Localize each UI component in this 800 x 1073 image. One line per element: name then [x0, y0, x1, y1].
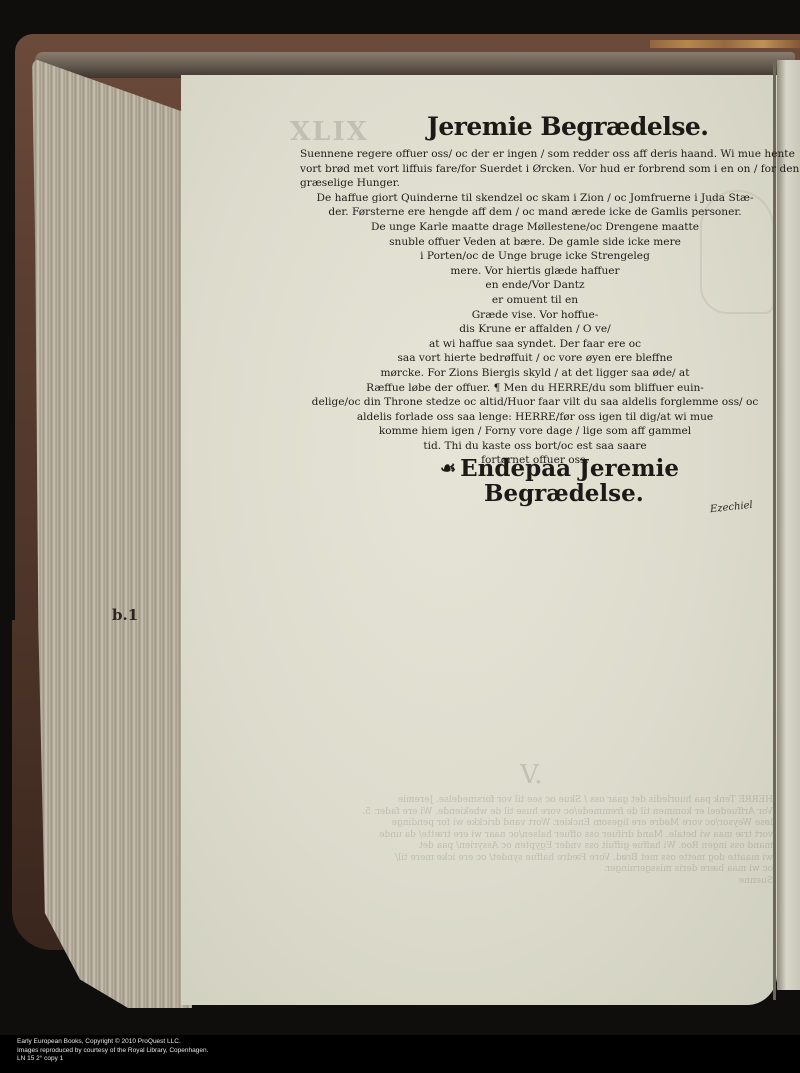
footer-shelfmark: LN 15 2° copy 1	[17, 1055, 800, 1064]
text-line: Ræffue løbe der offuer. ¶ Men du HERRE/d…	[300, 381, 770, 396]
text-line: De haffue giort Quinderne til skendzel o…	[300, 191, 770, 206]
text-line: i Porten/oc de Unge bruge icke Strengele…	[300, 249, 770, 264]
text-line: snuble offuer Veden at bære. De gamle si…	[300, 235, 770, 250]
showthrough-line: løse Weysor/oc vore Mødre ere ligesom En…	[258, 818, 773, 830]
reverse-side-showthrough: HERRE Tenk paa huorledis det gaar oss / …	[258, 795, 773, 887]
showthrough-line: wi maatte dog mette oss met Brød. Vore F…	[258, 853, 773, 865]
book-gutter	[773, 60, 776, 1000]
text-line: De unge Karle maatte drage Møllestene/oc…	[300, 220, 770, 235]
text-line: Græde vise. Vor hoffue-	[300, 308, 770, 323]
text-line: vort brød met vort liffuis fare/for Suer…	[300, 162, 770, 177]
text-line: der. Førsterne ere hengde aff dem / oc m…	[300, 205, 770, 220]
shelfmark-fragment: b.1	[112, 606, 138, 624]
end-colophon: ☙Endepaa Jeremie Begrædelse.	[440, 455, 679, 507]
fleuron-icon: ☙	[440, 458, 456, 479]
text-line: saa vort hierte bedrøffuit / oc vore øye…	[300, 351, 770, 366]
text-line: mørcke. For Zions Biergis skyld / at det…	[300, 366, 770, 381]
page-block-fore-edge	[32, 58, 192, 1008]
folio-number-showthrough: XLIX	[290, 117, 369, 147]
showthrough-line: mand oss ingen Roo. Wi haffue giffuit os…	[258, 841, 773, 853]
scan-background: b.1 XLIX Jeremie Begrædelse. Suennene re…	[0, 0, 800, 1035]
text-line: at wi haffue saa syndet. Der faar ere oc	[300, 337, 770, 352]
end-title-line-2: Begrædelse.	[484, 480, 679, 507]
copyright-footer: Early European Books, Copyright © 2010 P…	[0, 1035, 800, 1073]
text-line: Suennene regere offuer oss/ oc der er in…	[300, 147, 770, 162]
gilt-edge-decoration	[650, 40, 800, 48]
text-line: mere. Vor hiertis glæde haffuer	[300, 264, 770, 279]
text-line: er omuent til en	[300, 293, 770, 308]
showthrough-line: HERRE Tenk paa huorledis det gaar oss / …	[258, 795, 773, 807]
facing-page-edge	[777, 60, 800, 990]
showthrough-chapter-number: V.	[520, 760, 543, 790]
body-text: Suennene regere offuer oss/ oc der er in…	[300, 147, 770, 468]
text-line: græselige Hunger.	[300, 176, 770, 191]
text-line: delige/oc din Throne stedze oc altid/Huo…	[300, 395, 770, 410]
showthrough-line: oc wi maa bære deris missgerninger.	[258, 864, 773, 876]
footer-courtesy: Images reproduced by courtesy of the Roy…	[17, 1047, 800, 1056]
text-line: dis Krune er affalden / O ve/	[300, 322, 770, 337]
text-line: aldelis forlade oss saa lenge: HERRE/før…	[300, 410, 770, 425]
showthrough-line: Vor Arffuedeel er kommen til de fremmede…	[258, 807, 773, 819]
end-title-line-1: ☙Endepaa Jeremie	[440, 455, 679, 482]
text-line: tid. Thi du kaste oss bort/oc est saa sa…	[300, 439, 770, 454]
page-title: Jeremie Begrædelse.	[427, 112, 709, 141]
text-line: komme hiem igen / Forny vore dage / lige…	[300, 424, 770, 439]
end-title-text-1: Endepaa Jeremie	[460, 455, 679, 482]
footer-copyright: Early European Books, Copyright © 2010 P…	[17, 1038, 800, 1047]
showthrough-line: vort træ maa wi betale. Mand drifuer oss…	[258, 830, 773, 842]
text-line: en ende/Vor Dantz	[300, 278, 770, 293]
showthrough-line: Suenne	[258, 876, 773, 888]
